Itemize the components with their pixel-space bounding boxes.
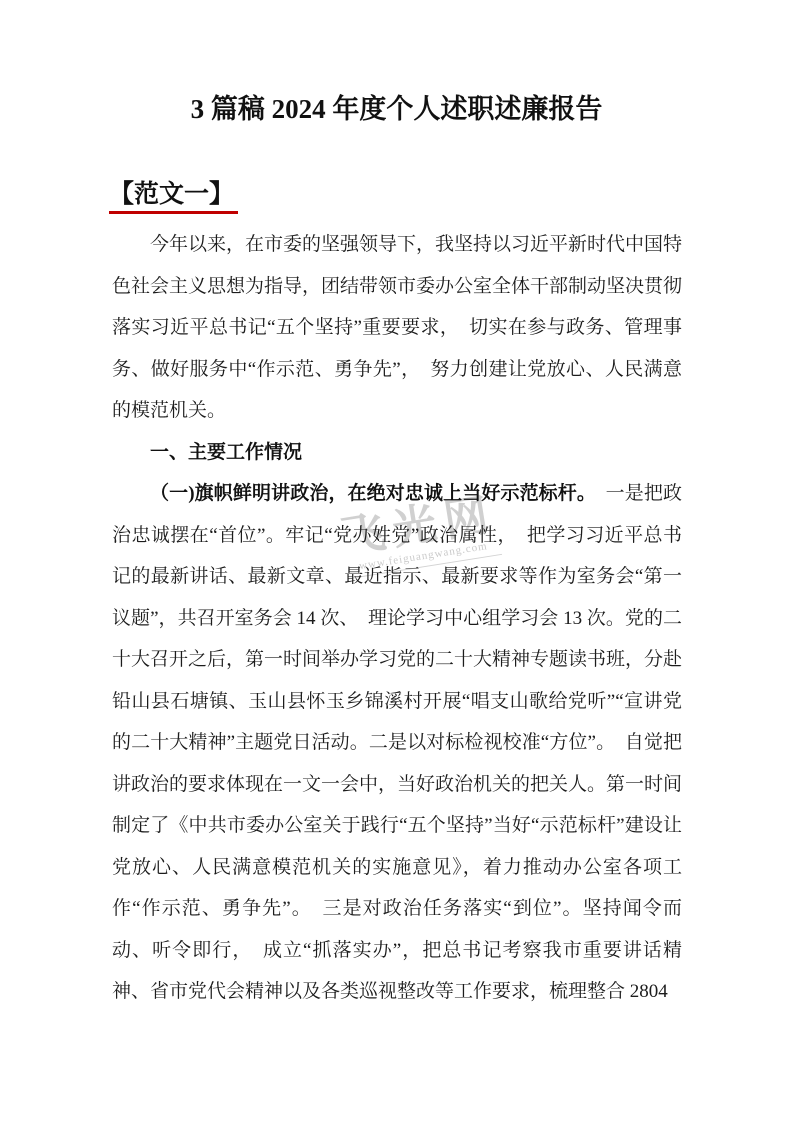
paragraph-section-one-lead: （一)旗帜鲜明讲政治，在绝对忠诚上当好示范标杆。: [150, 483, 587, 504]
document-title: 3 篇稿 2024 年度个人述职述廉报告: [0, 90, 793, 128]
paragraph-section-one: （一)旗帜鲜明讲政治，在绝对忠诚上当好示范标杆。 一是把政治忠诚摆在“首位”。牢…: [112, 473, 682, 1013]
paragraph-section-one-text: 一是把政治忠诚摆在“首位”。牢记“党办姓党”政治属性， 把学习习近平总书记的最新…: [112, 483, 682, 1002]
section-label-row: 【范文一】: [109, 181, 238, 214]
document-page: 3 篇稿 2024 年度个人述职述廉报告 【范文一】 飞光网 www.feigu…: [0, 0, 793, 1122]
document-body: 今年以来，在市委的坚强领导下，我坚持以习近平新时代中国特色社会主义思想为指导，团…: [112, 224, 682, 1013]
heading-main-work: 一、主要工作情况: [112, 432, 682, 474]
section-label: 【范文一】: [109, 181, 238, 214]
paragraph-intro: 今年以来，在市委的坚强领导下，我坚持以习近平新时代中国特色社会主义思想为指导，团…: [112, 224, 682, 432]
